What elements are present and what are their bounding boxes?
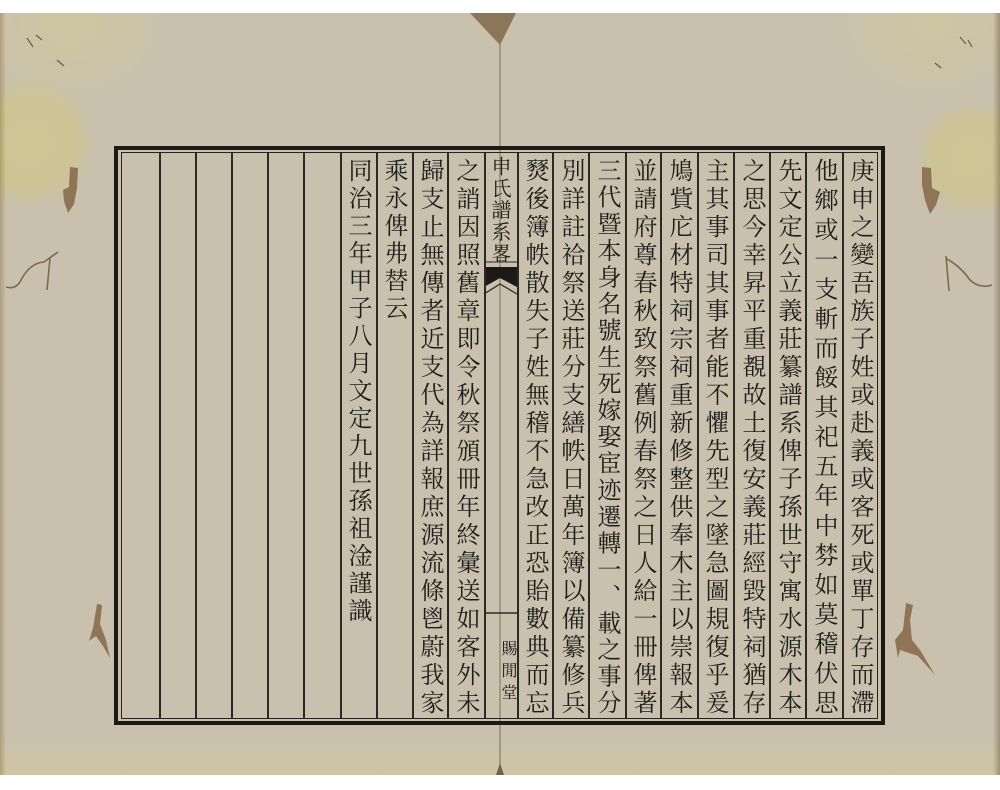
empty-column <box>232 158 268 714</box>
empty-column <box>160 158 196 714</box>
text-column: 之思今幸昇平重覩故土復安義莊經毀特祠猶存 <box>734 158 770 714</box>
empty-column <box>304 158 340 714</box>
empty-column <box>123 158 159 714</box>
text-column: 乘永俾弗替云 <box>376 158 412 714</box>
banxin-title: 申氏譜系畧 <box>486 156 514 264</box>
scanned-book-spread: 申氏譜系畧 賜閒堂 庚申之變吾族子姓或赴義或客死或單丁存而滯 他鄉或一支斬而餒其… <box>0 0 1000 790</box>
text-column: 燹後簿帙散失子姓無稽不急改正恐貽數典而忘 <box>517 158 553 714</box>
text-column: 鳩貲庀材特祠宗祠重新修整供奉木主以崇報本 <box>661 158 697 714</box>
empty-column <box>196 158 232 714</box>
empty-column <box>268 158 304 714</box>
text-column: 主其事司其事者能不懼先型之墜急圖規復乎爰 <box>697 158 733 714</box>
colophon-column: 同治三年甲子八月文定九世孫祖淦謹識 <box>340 158 376 714</box>
text-column: 並請府尊春秋致祭舊例春祭之日人給一冊俾著 <box>625 158 661 714</box>
text-column: 他鄉或一支斬而餒其祀五年中棼如莫稽伏思 <box>806 158 842 714</box>
text-column: 先文定公立義莊纂譜系俾子孫世守寓水源木本 <box>770 158 806 714</box>
text-column: 庚申之變吾族子姓或赴義或客死或單丁存而滯 <box>842 158 878 714</box>
text-column: 三代暨本身名號生死嫁娶宦迹遷轉一、載之事分 <box>589 158 625 714</box>
text-column: 歸支止無傳者近支代為詳報庶源流條鬯蔚我家 <box>412 158 448 714</box>
hall-name: 賜閒堂 <box>500 640 517 708</box>
text-column: 之誚因照舊章即令秋祭頒冊年終彙送如客外未 <box>448 158 484 714</box>
text-column: 別詳註祫祭送莊分支繕帙日萬年簿以備纂修兵 <box>553 158 589 714</box>
